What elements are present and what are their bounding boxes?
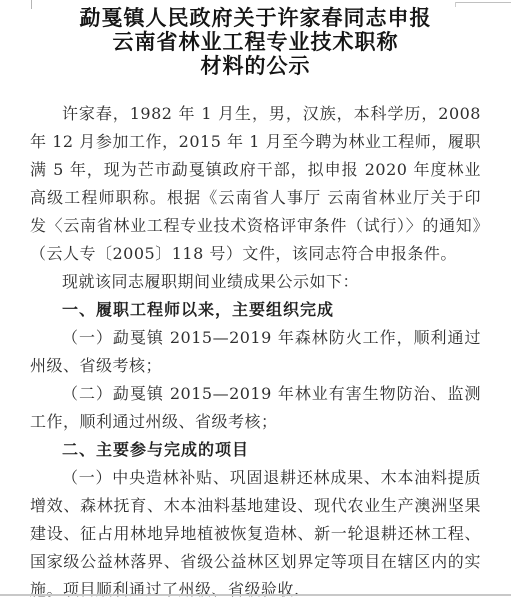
paragraph: （二）勐戛镇 2015—2019 年林业有害生物防治、监测工作，顺利通过州级、省… <box>30 380 481 436</box>
document-title: 勐戛镇人民政府关于许家春同志申报 云南省林业工程专业技术职称 材料的公示 <box>0 6 511 78</box>
document-title-line-1: 勐戛镇人民政府关于许家春同志申报 <box>0 6 511 30</box>
document-title-line-2: 云南省林业工程专业技术职称 <box>0 30 511 54</box>
paragraph: （一）勐戛镇 2015—2019 年森林防火工作，顺利通过州级、省级考核； <box>30 324 481 380</box>
document-title-line-3: 材料的公示 <box>0 54 511 78</box>
top-right-border-artifact <box>455 2 511 3</box>
top-left-border-artifact <box>31 0 32 9</box>
bottom-border-artifact <box>0 594 511 596</box>
section-heading: 一、履职工程师以来，主要组织完成 <box>30 296 481 324</box>
paragraph: （一）中央造林补贴、巩固退耕还林成果、木本油料提质增效、森林抚育、木本油料基地建… <box>30 464 481 600</box>
paragraph: 许家春，1982 年 1 月生，男，汉族，本科学历，2008 年 12 月参加工… <box>30 100 481 268</box>
section-heading: 二、主要参与完成的项目 <box>30 436 481 464</box>
paragraph: 现就该同志履职期间业绩成果公示如下： <box>30 268 481 296</box>
document-body: 许家春，1982 年 1 月生，男，汉族，本科学历，2008 年 12 月参加工… <box>0 100 511 600</box>
document-page: 勐戛镇人民政府关于许家春同志申报 云南省林业工程专业技术职称 材料的公示 许家春… <box>0 0 511 600</box>
top-right-border-tick <box>455 2 456 7</box>
